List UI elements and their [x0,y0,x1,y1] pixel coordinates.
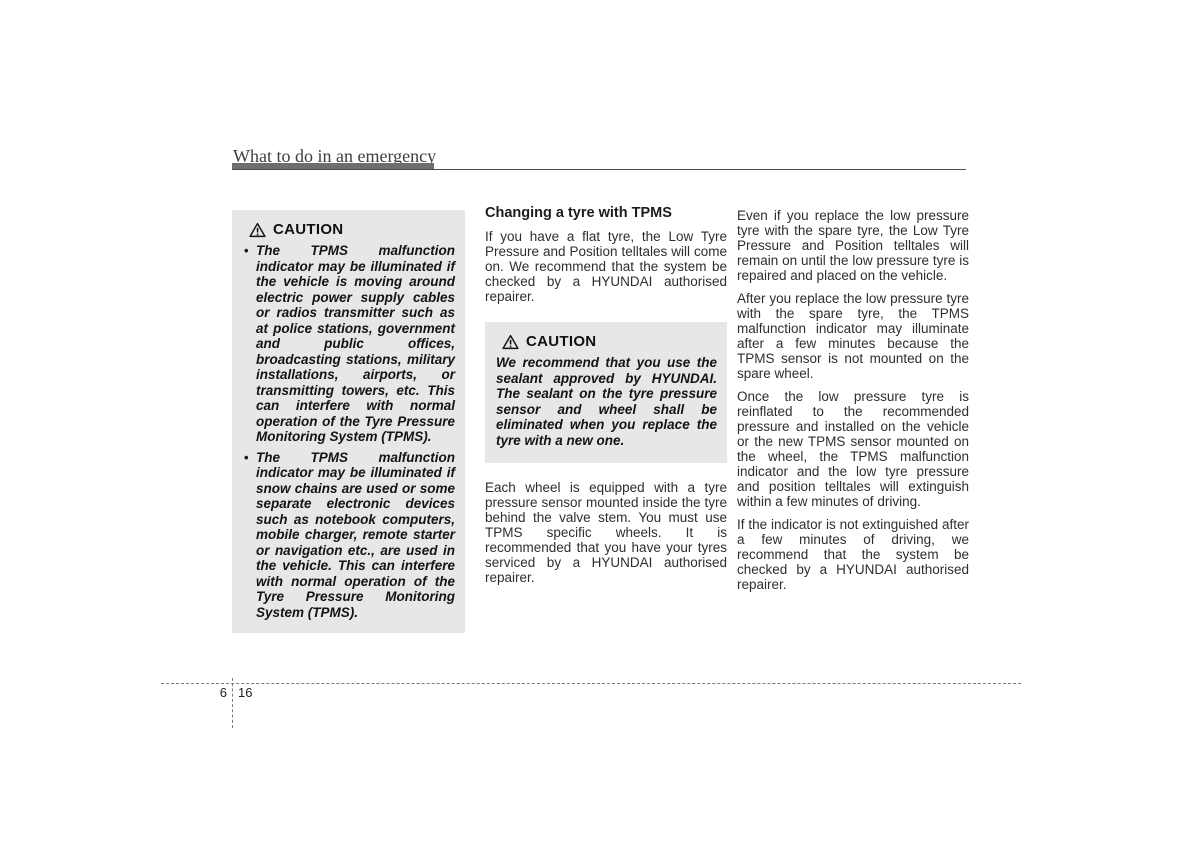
caution-bullet-text: The TPMS malfunction indicator may be il… [256,450,455,620]
footer-dashed-rule [161,683,1021,684]
paragraph: Once the low pressure tyre is reinflated… [737,389,969,509]
paragraph: If the indicator is not extinguished aft… [737,517,969,592]
bullet-marker: • [244,243,249,259]
paragraph: Each wheel is equipped with a tyre press… [485,480,727,585]
footer-dashed-divider [232,678,233,728]
paragraph: Even if you replace the low pressure tyr… [737,208,969,283]
footer-page-number: 16 [238,686,252,699]
column-middle: Changing a tyre with TPMS If you have a … [485,205,727,585]
caution-bullet-item: • The TPMS malfunction indicator may be … [243,450,455,621]
caution-title: CAUTION [273,221,343,238]
caution-box-tpms-interference: CAUTION • The TPMS malfunction indicator… [232,210,465,633]
paragraph: After you replace the low pressure tyre … [737,291,969,381]
section-heading: Changing a tyre with TPMS [485,205,727,222]
caution-title: CAUTION [526,333,596,350]
paragraph: If you have a flat tyre, the Low Tyre Pr… [485,229,727,304]
caution-bullet-text: The TPMS malfunction indicator may be il… [256,243,455,444]
caution-bullet-item: • The TPMS malfunction indicator may be … [243,243,455,445]
column-right: Even if you replace the low pressure tyr… [737,208,969,600]
warning-triangle-icon [249,222,266,238]
caution-header: CAUTION [502,333,717,350]
caution-header: CAUTION [249,221,455,238]
header-rule [232,169,966,170]
caution-bullet-list: • The TPMS malfunction indicator may be … [243,243,455,620]
manual-page: What to do in an emergency CAUTION • The… [0,0,1200,848]
caution-box-sealant: CAUTION We recommend that you use the se… [485,322,727,463]
caution-text: We recommend that you use the sealant ap… [496,355,717,448]
bullet-marker: • [244,450,249,466]
column-left: CAUTION • The TPMS malfunction indicator… [232,210,465,633]
footer-section-number: 6 [213,686,227,699]
warning-triangle-icon [502,334,519,350]
